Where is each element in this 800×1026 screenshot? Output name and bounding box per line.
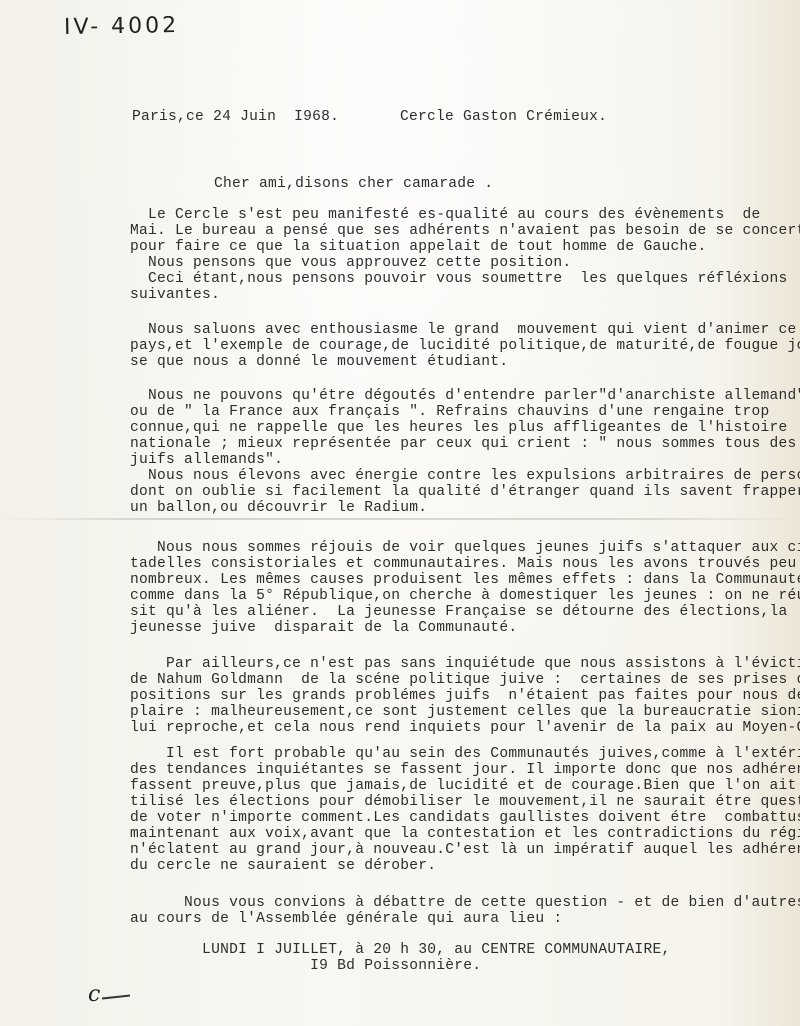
letter-line: du cercle ne sauraient se dérober. bbox=[130, 858, 436, 874]
archive-reference: IV- 4002 bbox=[64, 13, 180, 40]
letter-line: Il est fort probable qu'au sein des Comm… bbox=[130, 746, 800, 762]
letter-line: pays,et l'exemple de courage,de lucidité… bbox=[130, 338, 800, 354]
place-date: Paris,ce 24 Juin I968. bbox=[132, 109, 339, 125]
letter-line: sit qu'à les aliéner. La jeunesse França… bbox=[130, 604, 788, 620]
letter-line: suivantes. bbox=[130, 287, 220, 303]
letter-line: des tendances inquiétantes se fassent jo… bbox=[130, 762, 800, 778]
letter-line: de voter n'importe comment.Les candidats… bbox=[130, 810, 800, 826]
letter-line: I9 Bd Poissonnière. bbox=[130, 958, 481, 974]
letter-line: Nous vous convions à débattre de cette q… bbox=[130, 895, 800, 911]
letter-line: se que nous a donné le mouvement étudian… bbox=[130, 354, 508, 370]
letter-line: plaire : malheureusement,ce sont justeme… bbox=[130, 704, 800, 720]
letter-line: un ballon,ou découvrir le Radium. bbox=[130, 500, 427, 516]
letter-line: lui reproche,et cela nous rend inquiets … bbox=[130, 720, 800, 736]
letter-line: Par ailleurs,ce n'est pas sans inquiétud… bbox=[130, 656, 800, 672]
letter-line: nationale ; mieux représentée par ceux q… bbox=[130, 436, 797, 452]
letter-line: LUNDI I JUILLET, à 20 h 30, au CENTRE CO… bbox=[130, 942, 670, 958]
letter-line: tilisé les élections pour démobiliser le… bbox=[130, 794, 800, 810]
letter-line: comme dans la 5° République,on cherche à… bbox=[130, 588, 800, 604]
letter-line: n'éclatent au grand jour,à nouveau.C'est… bbox=[130, 842, 800, 858]
salutation: Cher ami,disons cher camarade . bbox=[214, 176, 493, 192]
letter-line: Le Cercle s'est peu manifesté es-qualité… bbox=[130, 207, 761, 223]
letter-line: nombreux. Les mêmes causes produisent le… bbox=[130, 572, 800, 588]
letter-line: jeunesse juive disparait de la Communaut… bbox=[130, 620, 517, 636]
letter-line: tadelles consistoriales et communautaire… bbox=[130, 556, 797, 572]
letter-line: dont on oublie si facilement la qualité … bbox=[130, 484, 800, 500]
letter-line: fassent preuve,plus que jamais,de lucidi… bbox=[130, 778, 800, 794]
letter-line: Nous saluons avec enthousiasme le grand … bbox=[130, 322, 797, 338]
letter-line: Nous pensons que vous approuvez cette po… bbox=[130, 255, 571, 271]
letter-line: Nous nous élevons avec énergie contre le… bbox=[130, 468, 800, 484]
sender-name: Cercle Gaston Crémieux. bbox=[400, 109, 607, 125]
letter-line: Nous nous sommes réjouis de voir quelque… bbox=[130, 540, 800, 556]
letter-line: maintenant aux voix,avant que la contest… bbox=[130, 826, 800, 842]
letter-line: Nous ne pouvons qu'étre dégoutés d'enten… bbox=[130, 388, 800, 404]
letter-line: connue,qui ne rappelle que les heures le… bbox=[130, 420, 788, 436]
letter-line: juifs allemands". bbox=[130, 452, 283, 468]
letter-line: pour faire ce que la situation appelait … bbox=[130, 239, 707, 255]
letter-line: de Nahum Goldmann de la scéne politique … bbox=[130, 672, 800, 688]
handwritten-mark: c bbox=[88, 982, 100, 1007]
paper-fold-crease bbox=[0, 518, 800, 520]
letter-line: au cours de l'Assemblée générale qui aur… bbox=[130, 911, 562, 927]
letter-line: Ceci étant,nous pensons pouvoir vous sou… bbox=[130, 271, 788, 287]
letter-line: ou de " la France aux français ". Refrai… bbox=[130, 404, 770, 420]
letter-line: Mai. Le bureau a pensé que ses adhérents… bbox=[130, 223, 800, 239]
letter-line: positions sur les grands problémes juifs… bbox=[130, 688, 800, 704]
